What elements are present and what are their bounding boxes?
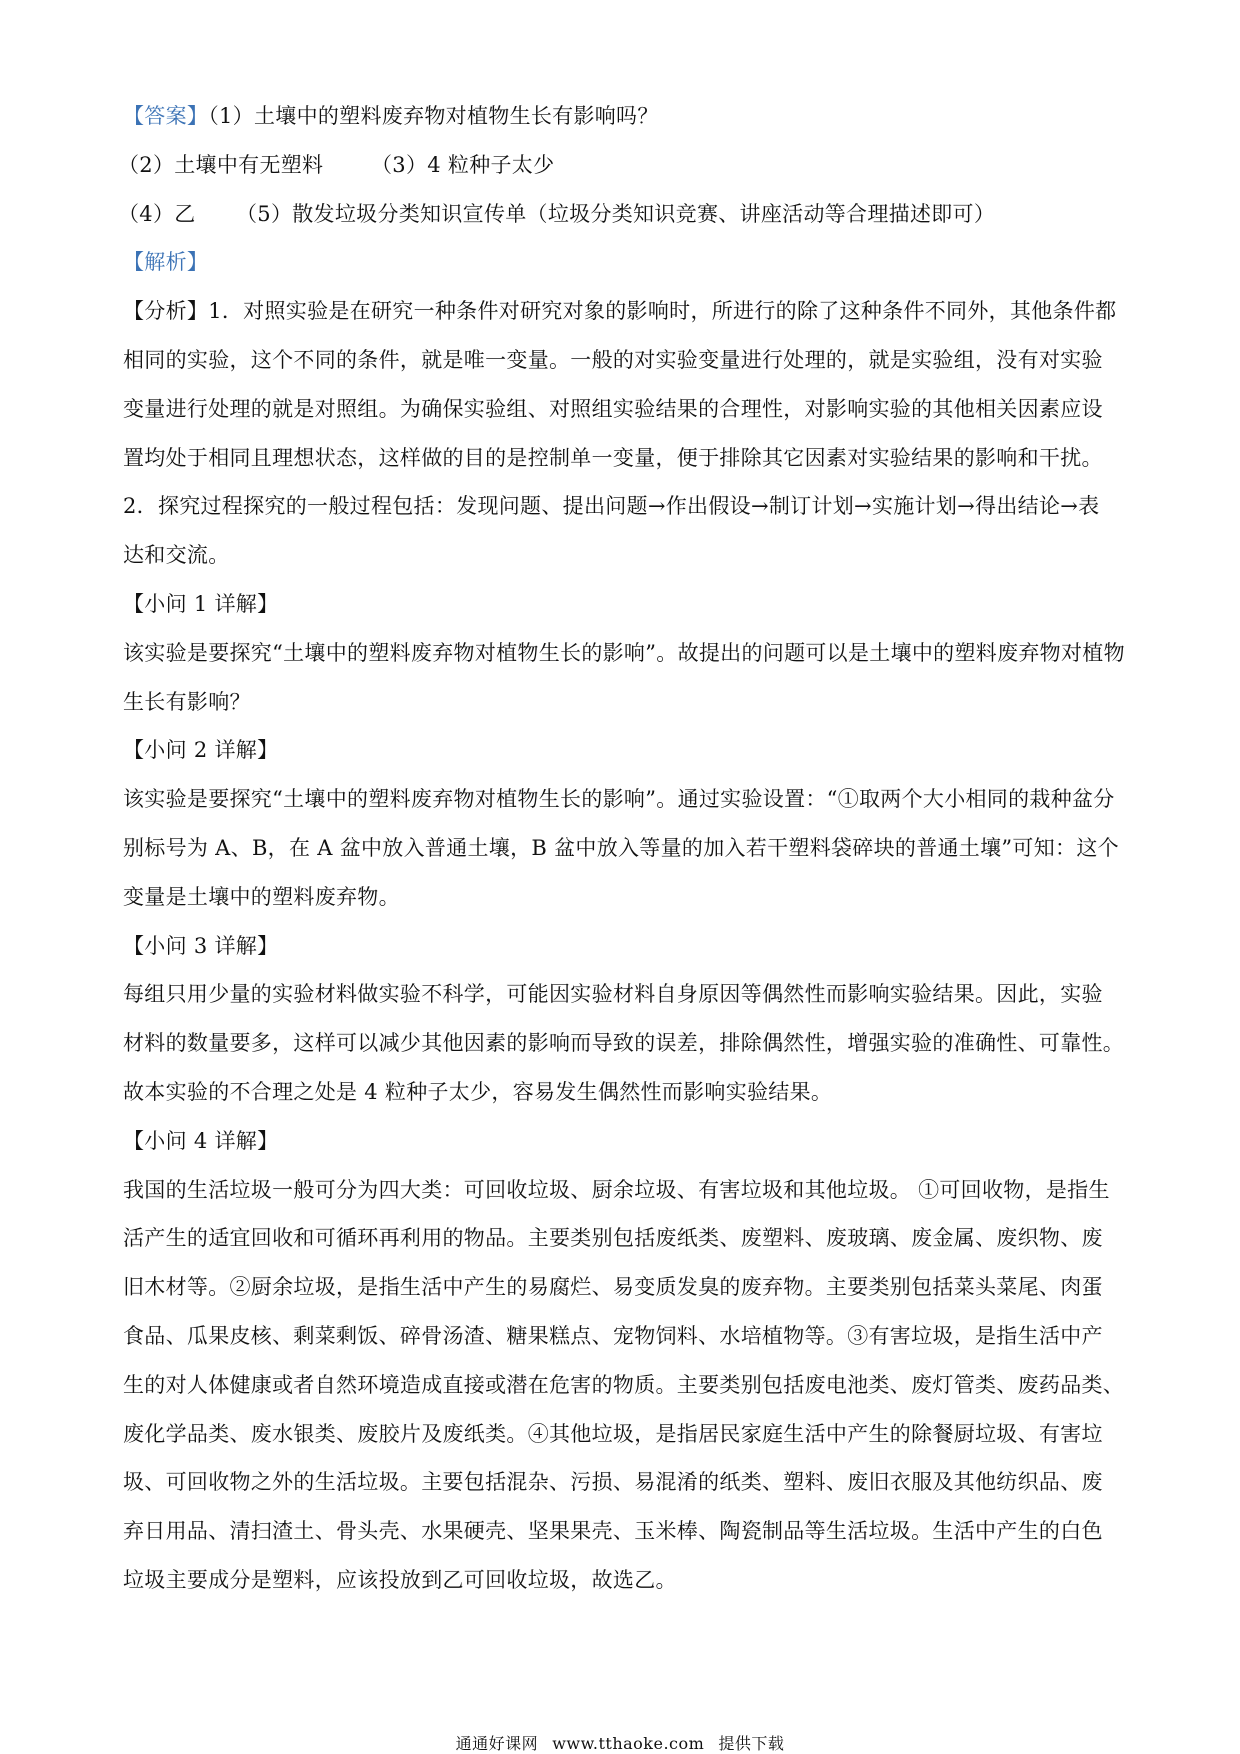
subq2-line: 该实验是要探究“土壤中的塑料废弃物对植物生长的影响”。通过实验设置：“①取两个大… — [123, 775, 1133, 824]
analysis-heading: 【解析】 — [123, 238, 1133, 287]
footer-url[interactable]: www.tthaoke.com — [552, 1734, 704, 1753]
answer-q2: （2）土壤中有无塑料 — [118, 141, 323, 190]
subq4-line: 圾、可回收物之外的生活垃圾。主要包括混杂、污损、易混淆的纸类、塑料、废旧衣服及其… — [123, 1458, 1133, 1507]
document-page: 【答案】（1）土壤中的塑料废弃物对植物生长有影响吗？ （2）土壤中有无塑料 （3… — [123, 92, 1133, 1605]
subq3-heading: 【小问 3 详解】 — [123, 922, 1133, 971]
analysis-text: 1．对照实验是在研究一种条件对研究对象的影响时，所进行的除了这种条件不同外，其他… — [208, 299, 1116, 323]
answer-label: 【答案】 — [123, 104, 208, 128]
subq4-line: 生的对人体健康或者自然环境造成直接或潜在危害的物质。主要类别包括废电池类、废灯管… — [123, 1361, 1133, 1410]
answer-q3: （3）4 粒种子太少 — [371, 141, 554, 190]
answer-line-2: （2）土壤中有无塑料 （3）4 粒种子太少 — [123, 141, 1133, 190]
subq4-line: 废化学品类、废水银类、废胶片及废纸类。④其他垃圾，是指居民家庭生活中产生的除餐厨… — [123, 1410, 1133, 1459]
subq4-heading: 【小问 4 详解】 — [123, 1117, 1133, 1166]
footer-site-name: 通通好课网 — [456, 1734, 539, 1753]
answer-q5: （5）散发垃圾分类知识宣传单（垃圾分类知识竞赛、讲座活动等合理描述即可） — [236, 190, 995, 239]
subq4-line: 活产生的适宜回收和可循环再利用的物品。主要类别包括废纸类、废塑料、废玻璃、废金属… — [123, 1214, 1133, 1263]
subq1-heading: 【小问 1 详解】 — [123, 580, 1133, 629]
answer-q1: （1）土壤中的塑料废弃物对植物生长有影响吗？ — [208, 104, 658, 128]
answer-q4: （4）乙 — [118, 190, 196, 239]
answer-line-3: （4）乙 （5）散发垃圾分类知识宣传单（垃圾分类知识竞赛、讲座活动等合理描述即可… — [123, 190, 1133, 239]
analysis-label: 【解析】 — [123, 250, 208, 274]
analysis-line: 变量进行处理的就是对照组。为确保实验组、对照组实验结果的合理性，对影响实验的其他… — [123, 385, 1133, 434]
analysis-line: 2．探究过程探究的一般过程包括：发现问题、提出问题→作出假设→制订计划→实施计划… — [123, 482, 1133, 531]
analysis-intro-label: 【分析】 — [123, 299, 208, 323]
answer-line-1: 【答案】（1）土壤中的塑料废弃物对植物生长有影响吗？ — [123, 92, 1133, 141]
subq4-line: 食品、瓜果皮核、剩菜剩饭、碎骨汤渣、糖果糕点、宠物饲料、水培植物等。③有害垃圾，… — [123, 1312, 1133, 1361]
subq2-line: 变量是土壤中的塑料废弃物。 — [123, 873, 1133, 922]
footer-suffix: 提供下载 — [718, 1734, 784, 1753]
analysis-line: 【分析】1．对照实验是在研究一种条件对研究对象的影响时，所进行的除了这种条件不同… — [123, 287, 1133, 336]
subq4-line: 垃圾主要成分是塑料，应该投放到乙可回收垃圾，故选乙。 — [123, 1556, 1133, 1605]
subq1-line: 该实验是要探究“土壤中的塑料废弃物对植物生长的影响”。故提出的问题可以是土壤中的… — [123, 629, 1133, 678]
subq4-line: 旧木材等。②厨余垃圾，是指生活中产生的易腐烂、易变质发臭的废弃物。主要类别包括菜… — [123, 1263, 1133, 1312]
analysis-line: 置均处于相同且理想状态，这样做的目的是控制单一变量，便于排除其它因素对实验结果的… — [123, 434, 1133, 483]
analysis-line: 相同的实验，这个不同的条件，就是唯一变量。一般的对实验变量进行处理的，就是实验组… — [123, 336, 1133, 385]
subq3-line: 每组只用少量的实验材料做实验不科学，可能因实验材料自身原因等偶然性而影响实验结果… — [123, 970, 1133, 1019]
subq2-heading: 【小问 2 详解】 — [123, 726, 1133, 775]
subq4-line: 弃日用品、清扫渣土、骨头壳、水果硬壳、坚果果壳、玉米棒、陶瓷制品等生活垃圾。生活… — [123, 1507, 1133, 1556]
subq2-line: 别标号为 A、B，在 A 盆中放入普通土壤，B 盆中放入等量的加入若干塑料袋碎块… — [123, 824, 1133, 873]
analysis-line: 达和交流。 — [123, 531, 1133, 580]
subq3-line: 故本实验的不合理之处是 4 粒种子太少，容易发生偶然性而影响实验结果。 — [123, 1068, 1133, 1117]
subq3-line: 材料的数量要多，这样可以减少其他因素的影响而导致的误差，排除偶然性，增强实验的准… — [123, 1019, 1133, 1068]
subq1-line: 生长有影响？ — [123, 678, 1133, 727]
page-footer: 通通好课网www.tthaoke.com提供下载 — [0, 1732, 1240, 1754]
subq4-line: 我国的生活垃圾一般可分为四大类：可回收垃圾、厨余垃圾、有害垃圾和其他垃圾。 ①可… — [123, 1166, 1133, 1215]
